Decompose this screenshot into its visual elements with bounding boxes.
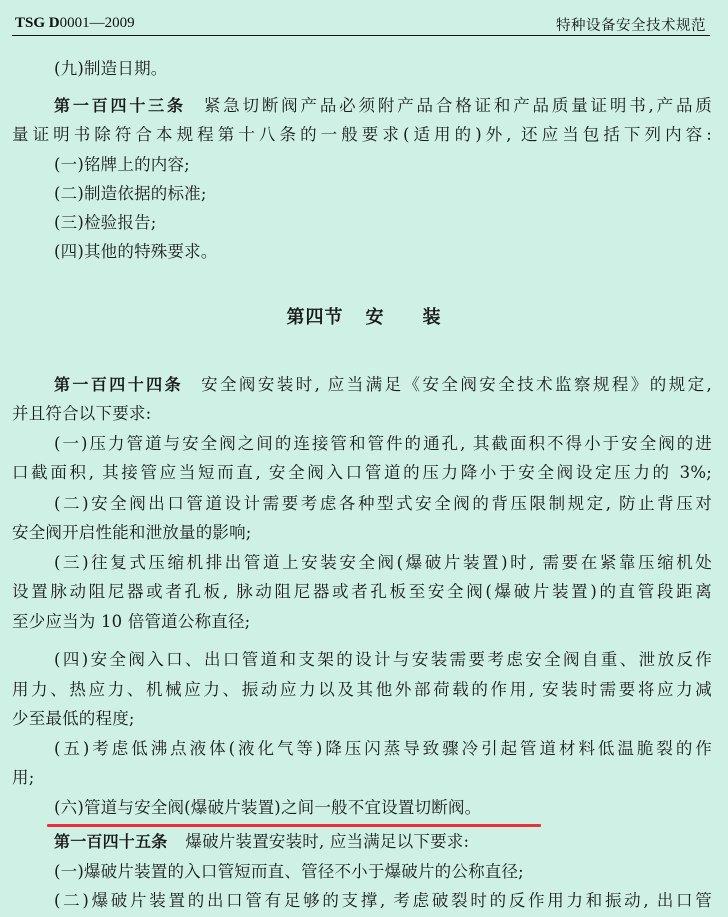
article-144-item-5-line-1: (五)考虑低沸点液体(液化气等)降压闪蒸导致骤冷引起管道材料低温脆裂的作 xyxy=(54,738,712,760)
article-145-item-1: (一)爆破片装置的入口管短而直、管径不小于爆破片的公称直径; xyxy=(54,861,524,883)
standard-code-bold: TSG D xyxy=(15,15,60,31)
page-header: TSG D0001—2009 特种设备安全技术规范 xyxy=(12,13,710,36)
article-144-item-5-line-2: 用; xyxy=(12,767,34,789)
section-number: 第四节 xyxy=(287,307,344,328)
article-144-line-2: 并且符合以下要求: xyxy=(12,403,151,425)
article-145-title: 第一百四十五条 xyxy=(54,832,167,851)
article-144-text-1: 安全阀安装时, 应当满足《安全阀安全技术监察规程》的规定, xyxy=(201,375,712,394)
article-144-item-1-line-2: 口截面积, 其接管应当短而直, 安全阀入口管道的压力降小于安全阀设定压力的 3%… xyxy=(12,462,712,484)
article-143-line-1: 第一百四十三条紧急切断阀产品必须附产品合格证和产品质量证明书,产品质 xyxy=(54,95,712,117)
item-nine: (九)制造日期。 xyxy=(54,58,167,80)
article-145-line-1: 第一百四十五条爆破片装置安装时, 应当满足以下要求: xyxy=(54,831,469,853)
article-143-item-4: (四)其他的特殊要求。 xyxy=(54,241,218,263)
section-heading: 第四节安装 xyxy=(0,303,728,329)
article-144-item-2-line-2: 安全阀开启性能和泄放量的影响; xyxy=(12,522,252,544)
section-title-b: 装 xyxy=(423,307,442,328)
article-144-item-2-line-1: (二)安全阀出口管道设计需要考虑各种型式安全阀的背压限制规定, 防止背压对 xyxy=(54,493,712,515)
section-title-a: 安 xyxy=(366,307,385,328)
article-144-item-3-line-1: (三)往复式压缩机排出管道上安装安全阀(爆破片装置)时, 需要在紧靠压缩机处 xyxy=(54,552,712,574)
article-143-text-1: 紧急切断阀产品必须附产品合格证和产品质量证明书,产品质 xyxy=(204,96,712,115)
article-144-item-4-line-3: 少至最低的程度; xyxy=(12,708,135,730)
article-144-item-4-line-2: 用力、热应力、机械应力、振动应力以及其他外部荷载的作用, 安装时需要将应力减 xyxy=(12,679,712,701)
article-145-item-2-line-1: (二)爆破片装置的出口管有足够的支撑, 考虑破裂时的反作用力和振动, 出口管 xyxy=(54,890,712,912)
article-143-item-1: (一)铭牌上的内容; xyxy=(54,154,190,176)
header-title: 特种设备安全技术规范 xyxy=(556,14,706,35)
article-144-item-3-line-2: 设置脉动阻尼器或者孔板, 脉动阻尼器或者孔板至安全阀(爆破片装置)的直管段距离 xyxy=(12,581,712,603)
article-144-line-1: 第一百四十四条安全阀安装时, 应当满足《安全阀安全技术监察规程》的规定, xyxy=(54,374,712,396)
article-143-item-3: (三)检验报告; xyxy=(54,212,157,234)
article-144-item-1-line-1: (一)压力管道与安全阀之间的连接管和管件的通孔, 其截面积不得小于安全阀的进 xyxy=(54,433,712,455)
article-143-item-2: (二)制造依据的标准; xyxy=(54,183,207,205)
red-highlight-underline xyxy=(47,824,541,827)
article-144-item-6: (六)管道与安全阀(爆破片装置)之间一般不宜设置切断阀。 xyxy=(54,797,481,819)
article-144-item-3-line-3: 至少应当为 10 倍管道公称直径; xyxy=(12,611,250,633)
article-144-title: 第一百四十四条 xyxy=(54,375,183,394)
article-144-item-4-line-1: (四)安全阀入口、出口管道和支架的设计与安装需要考虑安全阀自重、泄放反作 xyxy=(54,649,712,671)
standard-code: TSG D0001—2009 xyxy=(15,15,135,32)
article-143-title: 第一百四十三条 xyxy=(54,96,186,115)
standard-code-number: 0001—2009 xyxy=(60,15,135,31)
article-143-line-2: 量证明书除符合本规程第十八条的一般要求(适用的)外, 还应当包括下列内容: xyxy=(12,124,712,146)
article-145-text-1: 爆破片装置安装时, 应当满足以下要求: xyxy=(185,832,469,851)
